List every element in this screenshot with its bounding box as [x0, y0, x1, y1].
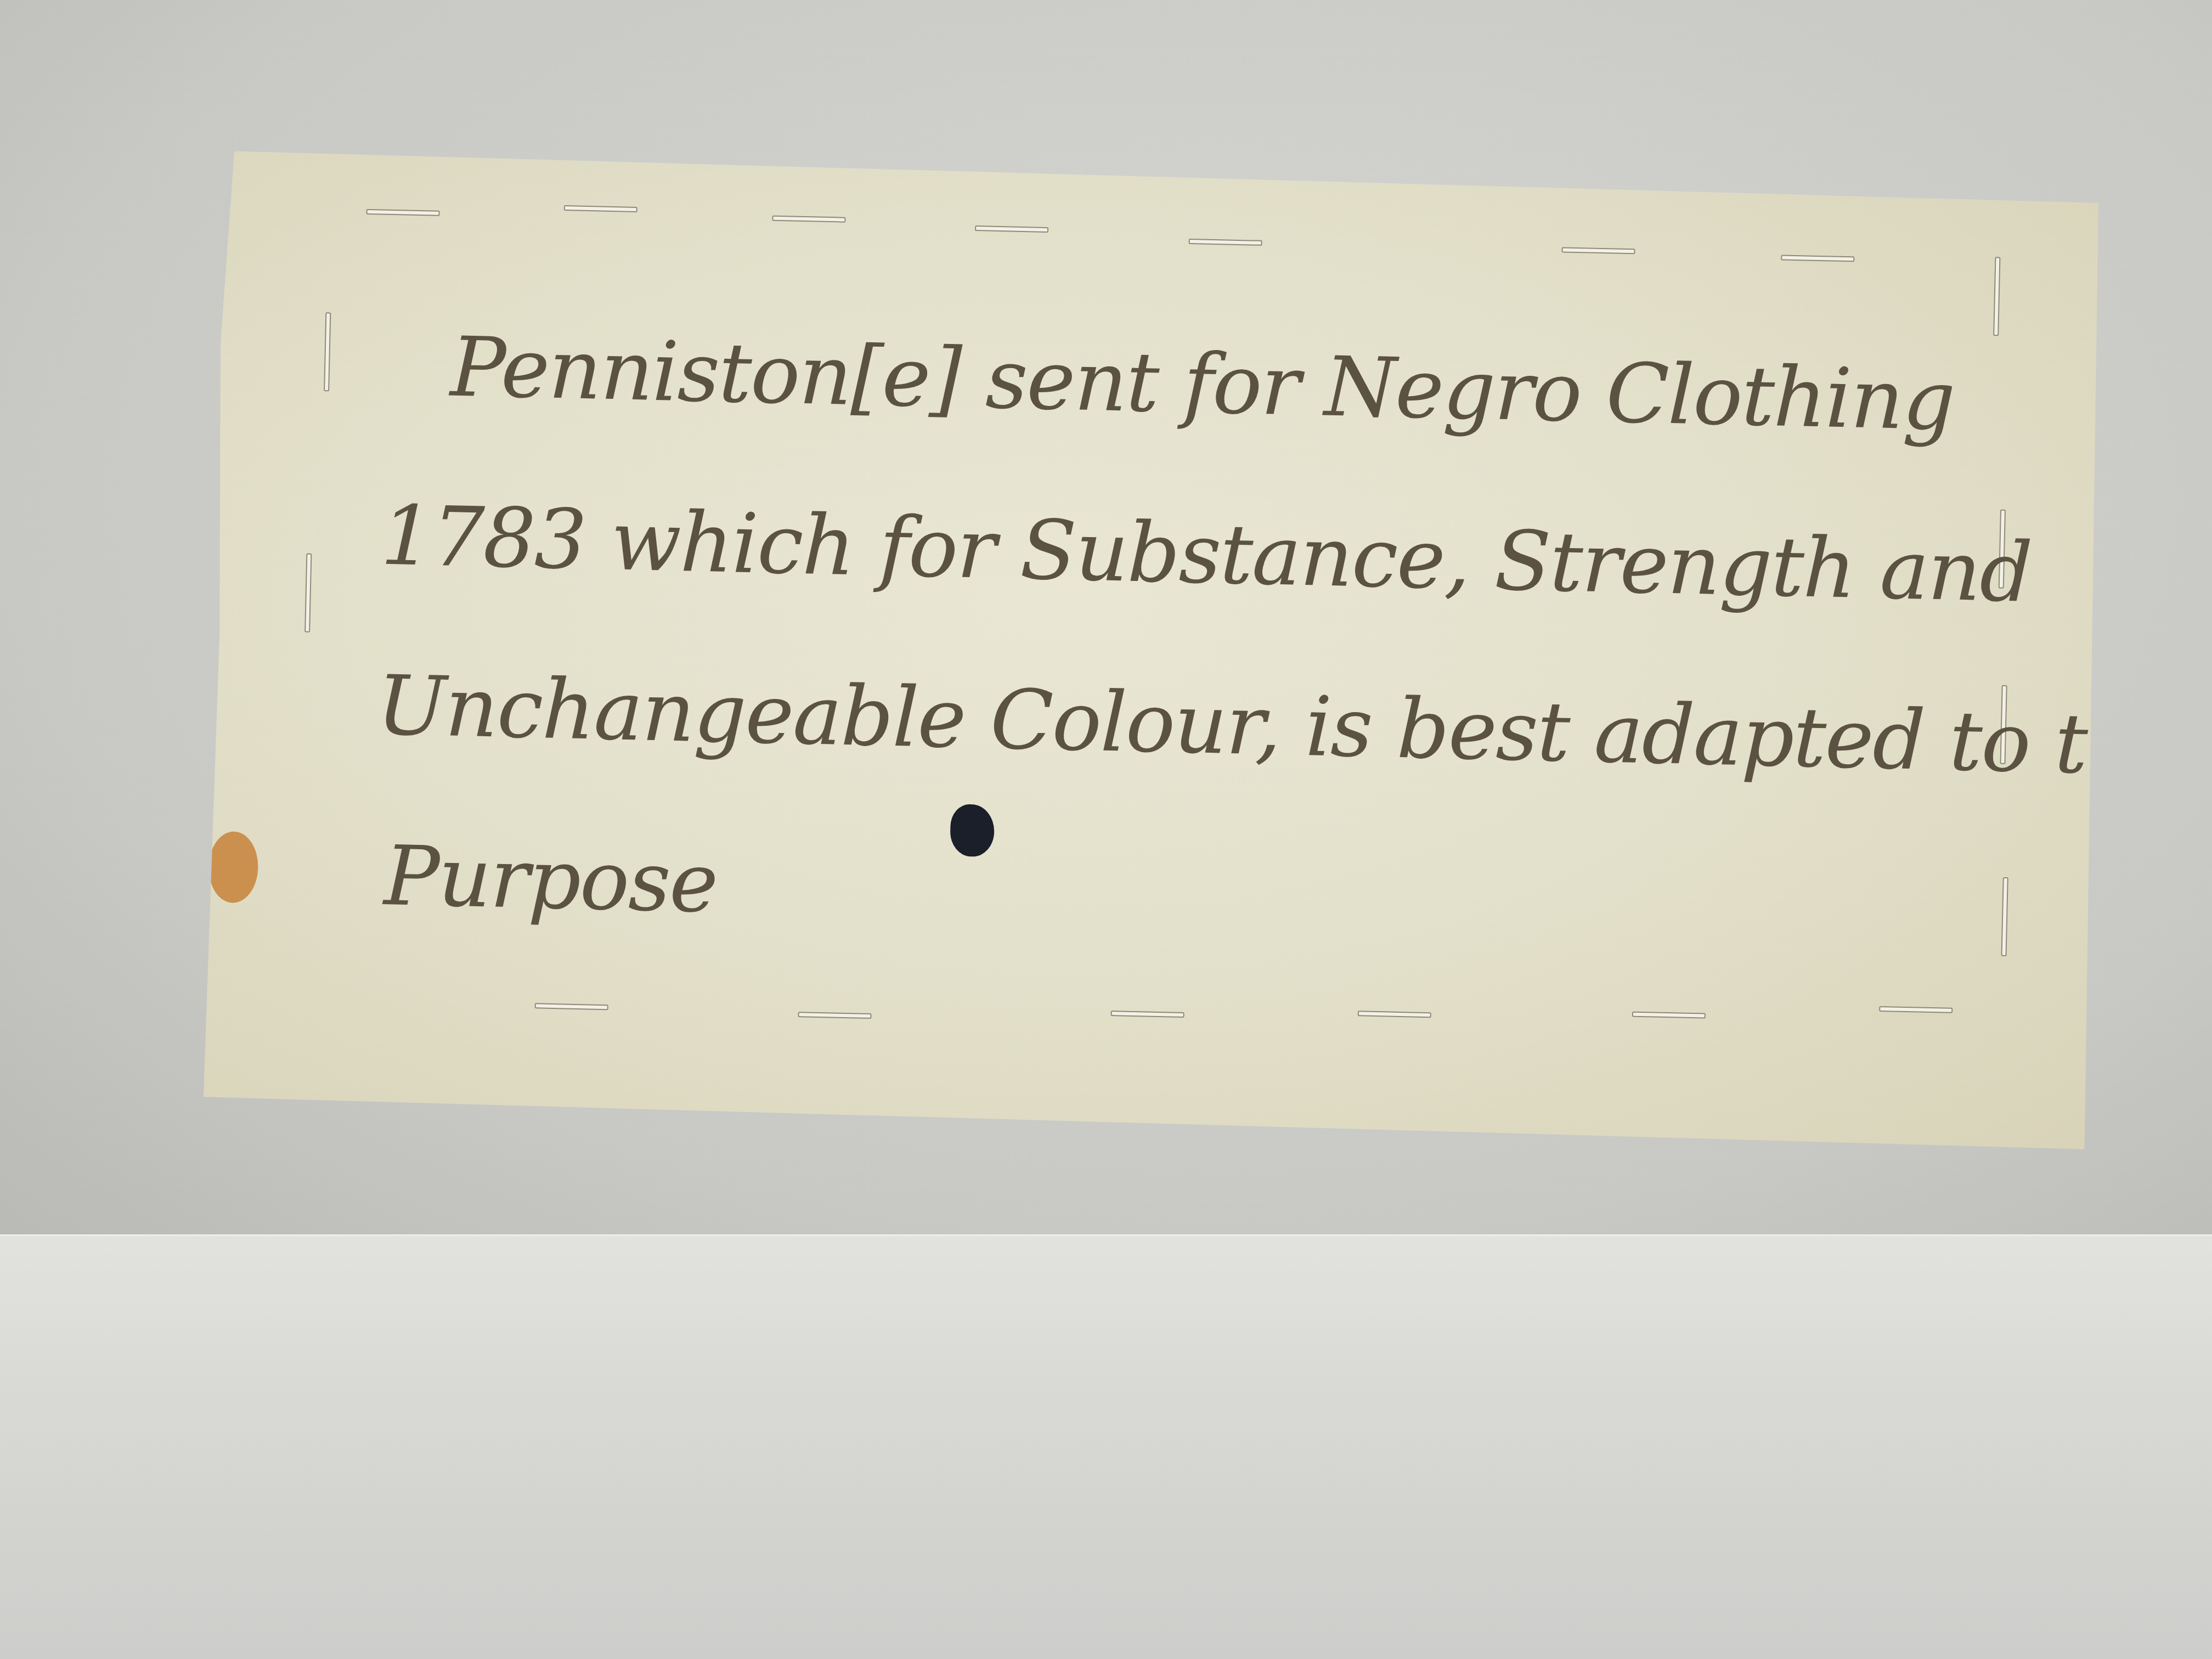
stitch	[1189, 239, 1262, 246]
stitch	[772, 216, 845, 223]
tissue-fold	[0, 1234, 2212, 1659]
stitch	[1632, 1012, 1706, 1019]
stitch	[975, 225, 1048, 233]
stitch	[1111, 1011, 1184, 1018]
stitch	[1561, 247, 1635, 254]
stitch	[324, 312, 331, 391]
stitch	[1781, 255, 1854, 262]
stitch	[1358, 1011, 1431, 1018]
stitch	[304, 554, 312, 633]
stitch	[564, 205, 637, 212]
rust-stain	[208, 831, 259, 904]
handwritten-text: Penniston[e] sent for Negro Clothing 178…	[371, 281, 2032, 998]
stitch	[798, 1012, 871, 1019]
stitch	[1879, 1006, 1953, 1013]
stitch	[366, 209, 439, 216]
stitch	[535, 1003, 608, 1010]
paper-slip: Penniston[e] sent for Negro Clothing 178…	[203, 151, 2106, 1159]
